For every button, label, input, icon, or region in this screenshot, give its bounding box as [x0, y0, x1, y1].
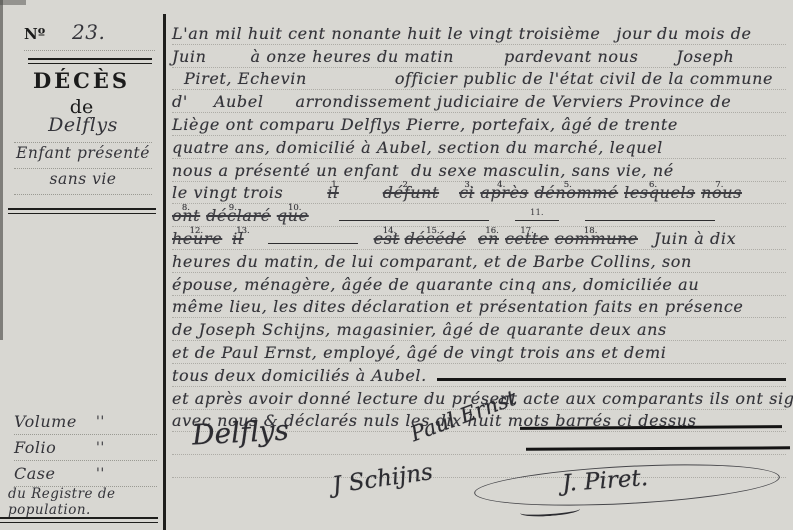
death-record-page: Nº 23. DÉCÈS de Delflys Enfant présenté …	[0, 0, 793, 530]
blank-space	[439, 202, 459, 203]
blank-space	[466, 248, 478, 249]
strike-number: 6.	[649, 175, 657, 195]
field-folio-value: ''	[96, 440, 105, 456]
blank-space	[339, 202, 383, 203]
handwritten-text: de Joseph Schijns, magasinier, âgé de qu…	[172, 320, 667, 340]
struck-word: en16.	[478, 229, 499, 249]
blank-space	[454, 66, 504, 67]
body-line: Piret, Echevinofficier public de l'état …	[172, 68, 786, 91]
handwritten-text: d'	[172, 92, 188, 112]
field-folio-label: Folio	[14, 438, 56, 457]
struck-word: que10.	[277, 206, 309, 226]
signature-declarant: Delflys	[191, 413, 289, 451]
body-line: d'Aubelarrondissement judiciaire de Verv…	[172, 90, 786, 113]
struck-word: ci3.	[459, 183, 474, 203]
struck-word: décédé15.	[405, 229, 466, 249]
struck-word: défunt2.	[383, 183, 439, 203]
margin-vertical-rule	[163, 14, 166, 530]
struck-word: dénommé5.	[534, 183, 618, 203]
strike-number: 5.	[564, 175, 572, 195]
body-line: ont8.déclaré9.que10.11.	[172, 204, 786, 227]
handwritten-text: heures du matin, de lui comparant, et de…	[172, 252, 692, 272]
blank-space	[307, 88, 395, 89]
strike-number: 17.	[520, 221, 534, 241]
signature-flourish-small	[520, 504, 581, 518]
divider-rule-middle	[8, 208, 156, 214]
strike-number: 11.	[530, 208, 544, 218]
body-line: L'an mil huit cent nonante huit le vingt…	[172, 22, 786, 45]
body-line: tous deux domiciliés à Aubel.	[172, 364, 786, 387]
field-case-value: ''	[96, 466, 105, 482]
blank-space	[427, 385, 437, 386]
struck-word: heure12.	[172, 229, 222, 249]
handwritten-text: et de Paul Ernst, employé, âgé de vingt …	[172, 343, 666, 363]
strike-number: 18.	[584, 221, 598, 241]
strike-number: 8.	[182, 198, 190, 218]
body-line: quatre ans, domicilié à Aubel, section d…	[172, 136, 786, 159]
divider-rule-top	[28, 58, 152, 64]
register-note: du Registre de population.	[8, 486, 163, 518]
blank-rule	[585, 216, 715, 221]
field-volume-label: Volume	[14, 412, 77, 431]
handwritten-text: quatre ans, domicilié à Aubel, section d…	[172, 138, 663, 158]
strike-number: 7.	[715, 175, 723, 195]
handwritten-text: jour du mois de	[616, 24, 751, 44]
strike-number: 9.	[229, 198, 237, 218]
handwritten-text: nous a présenté un enfant	[172, 161, 399, 181]
handwritten-text: Juin	[172, 47, 207, 67]
blank-space	[222, 248, 232, 249]
handwritten-text: Piret, Echevin	[184, 69, 307, 89]
strike-number: 13.	[236, 221, 250, 241]
body-line: heure12.il13.est14.décédé15.en16.cette17…	[172, 227, 786, 250]
blank-space	[207, 66, 251, 67]
handwritten-text: Joseph	[676, 47, 734, 67]
blank-space	[600, 43, 616, 44]
field-folio: Folio ''	[14, 438, 157, 461]
strike-number: 14.	[383, 221, 397, 241]
body-line: de Joseph Schijns, magasinier, âgé de qu…	[172, 318, 786, 341]
handwritten-text: pardevant nous	[504, 47, 638, 67]
handwritten-text: tous deux domiciliés à Aubel.	[172, 366, 427, 386]
body-line: le vingt troisil1.défunt2.ci3.après4.dén…	[172, 182, 786, 205]
handwritten-text: épouse, ménagère, âgée de quarante cinq …	[172, 275, 699, 295]
body-line: épouse, ménagère, âgée de quarante cinq …	[172, 273, 786, 296]
body-line: et de Paul Ernst, employé, âgé de vingt …	[172, 341, 786, 364]
handwritten-text: à onze heures du matin	[251, 47, 454, 67]
struck-word: commune18.	[555, 229, 638, 249]
struck-word: est14.	[374, 229, 400, 249]
blank-space	[638, 248, 654, 249]
struck-word: il1.	[327, 183, 338, 203]
blank-space	[559, 225, 585, 226]
body-line: Liège ont comparu Delflys Pierre, portef…	[172, 113, 786, 136]
handwritten-text: officier public de l'état civil de la co…	[395, 69, 773, 89]
handwritten-text: arrondissement judiciaire de Verviers Pr…	[296, 92, 732, 112]
strike-number: 15.	[426, 221, 440, 241]
blank-rule	[339, 216, 489, 221]
margin-deceased-desc-2: sans vie	[14, 170, 152, 195]
field-volume-value: ''	[96, 414, 105, 430]
handwritten-text: Juin à dix	[654, 229, 736, 249]
blank-space	[358, 248, 374, 249]
struck-word: il13.	[232, 229, 243, 249]
handwritten-text: même lieu, les dites déclaration et prés…	[172, 297, 743, 317]
body-line: nous a présenté un enfantdu sexe masculi…	[172, 159, 786, 182]
field-case: Case ''	[14, 464, 157, 487]
record-type-title: DÉCÈS	[0, 68, 163, 93]
handwritten-text: Liège ont comparu Delflys Pierre, portef…	[172, 115, 678, 135]
strike-number: 2.	[402, 175, 410, 195]
margin-column: Nº 23. DÉCÈS de Delflys Enfant présenté …	[0, 0, 163, 530]
body-line: heures du matin, de lui comparant, et de…	[172, 250, 786, 273]
closing-stroke	[437, 378, 786, 381]
struck-word: lesquels6.	[624, 183, 695, 203]
blank-rule	[268, 239, 358, 244]
blank-space	[309, 225, 339, 226]
body-line: même lieu, les dites déclaration et prés…	[172, 296, 786, 319]
strike-number: 4.	[497, 175, 505, 195]
struck-word: après4.	[480, 183, 528, 203]
record-number-value: 23.	[72, 20, 105, 44]
blank-space	[264, 111, 296, 112]
strike-number: 10.	[288, 198, 302, 218]
strike-number: 12.	[190, 221, 204, 241]
blank-space	[172, 88, 184, 89]
blank-space	[244, 248, 268, 249]
divider-rule-bottom	[0, 517, 158, 523]
strike-number: 1.	[331, 175, 339, 195]
strike-number: 3.	[464, 175, 472, 195]
blank-space	[638, 66, 676, 67]
handwritten-text: L'an mil huit cent nonante huit le vingt…	[172, 24, 600, 44]
handwritten-text: Aubel	[214, 92, 264, 112]
margin-deceased-desc-1: Enfant présenté	[14, 144, 152, 169]
field-volume: Volume ''	[14, 412, 157, 435]
record-number-row: Nº 23.	[24, 24, 155, 51]
strike-number: 16.	[485, 221, 499, 241]
record-number-label: Nº	[24, 25, 45, 43]
body-line: Juinà onze heures du matinpardevant nous…	[172, 45, 786, 68]
struck-word: nous7.	[701, 183, 742, 203]
field-case-label: Case	[14, 464, 55, 483]
blank-space	[188, 111, 214, 112]
struck-word: cette17.	[505, 229, 549, 249]
margin-deceased-name: Delflys	[14, 114, 152, 143]
handwritten-text: du sexe masculin, sans vie, né	[411, 161, 674, 181]
